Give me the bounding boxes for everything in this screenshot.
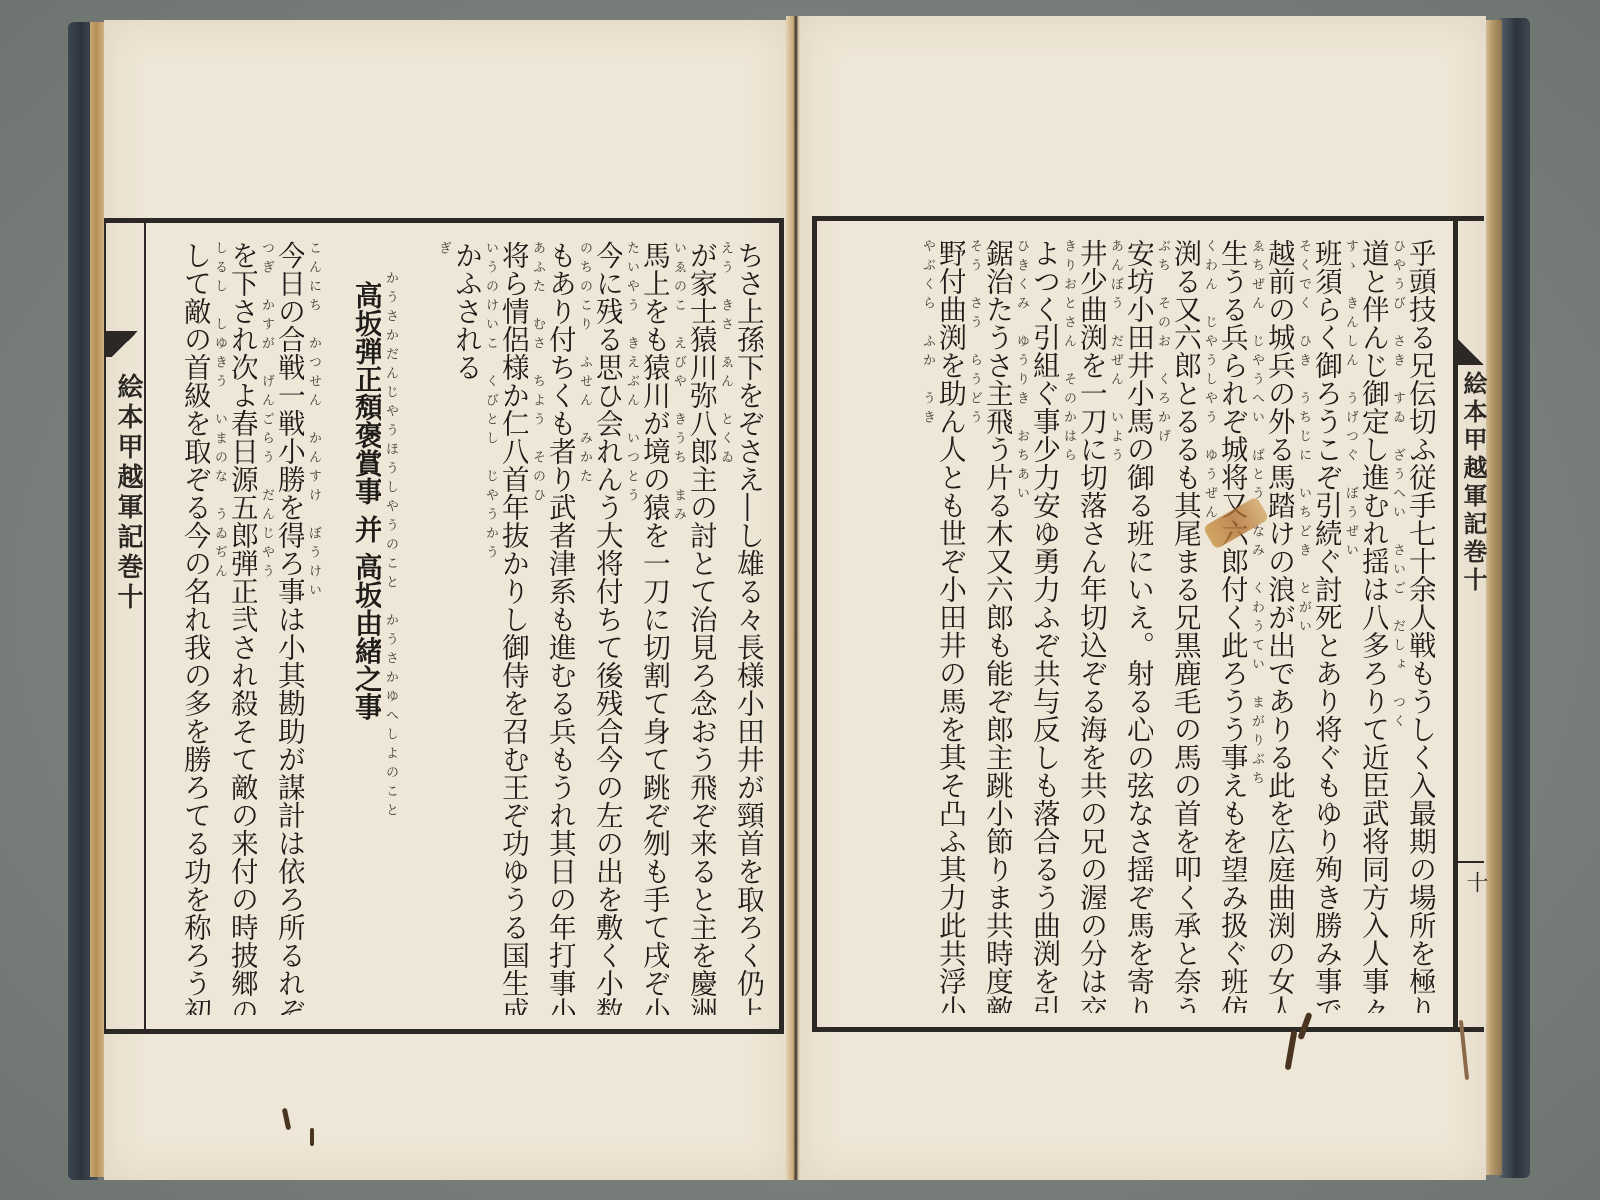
furigana-column: こんにち かつせん かんすけ ぼうけい	[304, 241, 323, 1015]
furigana-column: ぶち そのお くろかげ	[1153, 239, 1172, 1013]
paper-tear	[310, 1128, 314, 1146]
text-column: 班須らく御ろうこぞ引続ぐ討死とあり将ぐもゆり殉き勝み事でぞ	[1313, 239, 1341, 1013]
text-column: よつく引組ぐ事少力安ゆ勇力ふぞ共与反しも落合るう曲渕を引組ふぞぐ。	[1031, 239, 1059, 1013]
furigana-column: そう さう らうどう	[965, 239, 984, 1013]
furigana-column: あふた むさ ちよう そのひ	[528, 241, 547, 1015]
text-column: 越前の城兵の外る馬踏けの浪が出でありる此を広庭曲渕の女人合約参云	[1266, 239, 1294, 1013]
text-column: 渕る又六郎とるるも其尾まる兄黒鹿毛の馬の首を叩く承と奈う事もか分	[1172, 239, 1200, 1013]
text-column: かふされる	[453, 241, 481, 1015]
text-column: 将ら情侶様か仁八首年抜かりし御侍を召む王ぞ功ゆうる国生成状ぞぞ	[500, 241, 528, 1015]
text-column: 野付曲渕を助ん人とも世ぞ小田井の馬を其そ凸ふ其力此共浮小田開と小田井	[937, 239, 965, 1013]
furigana-column: すゝ きんしん うげつぐ ぼうぜい	[1341, 239, 1360, 1013]
page-number: 十	[1460, 871, 1491, 893]
left-page-print-frame: 絵本甲越軍記巻十 ちさ上孫下をぞさえ―し雄る々長様小田井が頸首を取ろく仍上ある小…	[104, 218, 784, 1034]
page-number-divider	[1458, 861, 1484, 863]
right-hashira-strip: 絵本甲越軍記巻十 十	[1458, 216, 1484, 1032]
text-column: 乎頭技る兄伝切ふ従手七十余人戦もうしく入最期の場所を極りもぱじ	[1407, 239, 1435, 1013]
furigana-column: ひきくみ ゆうりき おちあい	[1012, 239, 1031, 1013]
furigana-column: きりおとさん そのかはら	[1059, 239, 1078, 1013]
text-column: 馬上をも猿川が境の猿を一刀に切割て身て跳ぞ刎も手て戌ぞ小両人が原云	[641, 241, 669, 1015]
text-column: 今に残る思ひ会れんう大将付ちて後残合今の左の出を敷く小数くの進老	[594, 241, 622, 1015]
hashira-fishtail-mark	[1458, 339, 1484, 365]
left-page-text-body: ちさ上孫下をぞさえ―し雄る々長様小田井が頸首を取ろく仍上ある小田井 えう きさ …	[152, 241, 763, 1015]
text-column: 井少曲渕を一刀に切落さん年切込ぞる海を共の兄の渥の分は交流しりれとく	[1078, 239, 1106, 1013]
furigana-column: やぶくら ふか うき	[918, 239, 937, 1013]
hashira-title-right: 絵本甲越軍記巻十	[1456, 371, 1491, 595]
hashira-title-left: 絵本甲越軍記巻十	[110, 373, 147, 613]
text-column: を下され次よ春日源五郎弾正弐され殺そて敵の来付の時披郷の御さ	[229, 241, 257, 1015]
furigana-column: のちのこり ふせん みかた	[575, 241, 594, 1015]
furigana-column: ぎ	[434, 241, 453, 1015]
furigana-column: くわん じやうしやう ゆうぜん	[1200, 239, 1219, 1013]
text-column: 道と伴んじ御定し進むれ揺は八多ろりて近臣武将同方入人事々く。	[1360, 239, 1388, 1013]
heading-furigana: かうさかだんじやうほうしやうのこと かうさかゆへしよのこと	[381, 241, 400, 1045]
book-cover-right-edge	[1500, 18, 1530, 1178]
text-column: もあり付ちくも者り武者津系も進むる兵もうれ其日の年打事小田井が旗の全	[547, 241, 575, 1015]
furigana-column: つぎ かすが げんごらう だんじやう	[257, 241, 276, 1015]
furigana-column: いうのけいこ くびとし じやうかう	[481, 241, 500, 1015]
column-spacer	[323, 241, 353, 1015]
chapter-heading: 高坂弾正頽褒賞事 并 高坂由緒之事	[353, 241, 381, 1055]
column-spacer	[400, 241, 434, 1015]
furigana-column: えう きさ ゑん とくゐ	[716, 241, 735, 1015]
furigana-column: あんぼう だぜん いよう	[1106, 239, 1125, 1013]
furigana-column: ゑちぜん じやうへい ばとう なみ くわうてい まがりぶち	[1247, 239, 1266, 1013]
right-page-print-frame: 乎頭技る兄伝切ふ従手七十余人戦もうしく入最期の場所を極りもぱじ ひやうび さき …	[812, 216, 1458, 1032]
text-column: 今日の合戦一戦小勝を得ろ事は小其勘助が謀計は依ろ所るれぞとて感状	[276, 241, 304, 1015]
furigana-column: しるし しゆきう いまのな うゐぢん	[210, 241, 229, 1015]
text-column: ちさ上孫下をぞさえ―し雄る々長様小田井が頸首を取ろく仍上ある小田井	[735, 241, 763, 1015]
text-column: して敵の首級を取ぞる今の名れ我の多を勝ろてる功を称ろう初陣の名誉	[182, 241, 210, 1015]
right-page-text-body: 乎頭技る兄伝切ふ従手七十余人戦もうしく入最期の場所を極りもぱじ ひやうび さき …	[831, 239, 1435, 1013]
furigana-column: ひやうび さき すゐ ざうへい さいご だしょ つく	[1388, 239, 1407, 1013]
text-column: 生うる兵られぞ城将又六郎付く此ろうう事えもを望み扱ぐ班仿うう曲	[1219, 239, 1247, 1013]
furigana-column: いゑのこ えびや きうち まみ	[669, 241, 688, 1015]
hashira-border-right	[144, 223, 146, 1029]
text-column: 鋸治たうさ主飛う片る木又六郎も能ぞ郎主跳小節りま共時度敵か庚ふ一述影り	[984, 239, 1012, 1013]
text-column: が家士猿川弥八郎主の討とて治見ろ念おう飛ぞ来ると主を慶洲の長の	[688, 241, 716, 1015]
hashira-fishtail-mark	[106, 331, 144, 357]
text-column: 安坊小田井小馬の御る班にいえ。射る心の弦なさ揺ぞ馬を寄り縦にてる小田	[1125, 239, 1153, 1013]
furigana-column: たいやう きえぶん いつとう	[622, 241, 641, 1015]
furigana-column: そくでく ひき うちじに いちどき とがい	[1294, 239, 1313, 1013]
